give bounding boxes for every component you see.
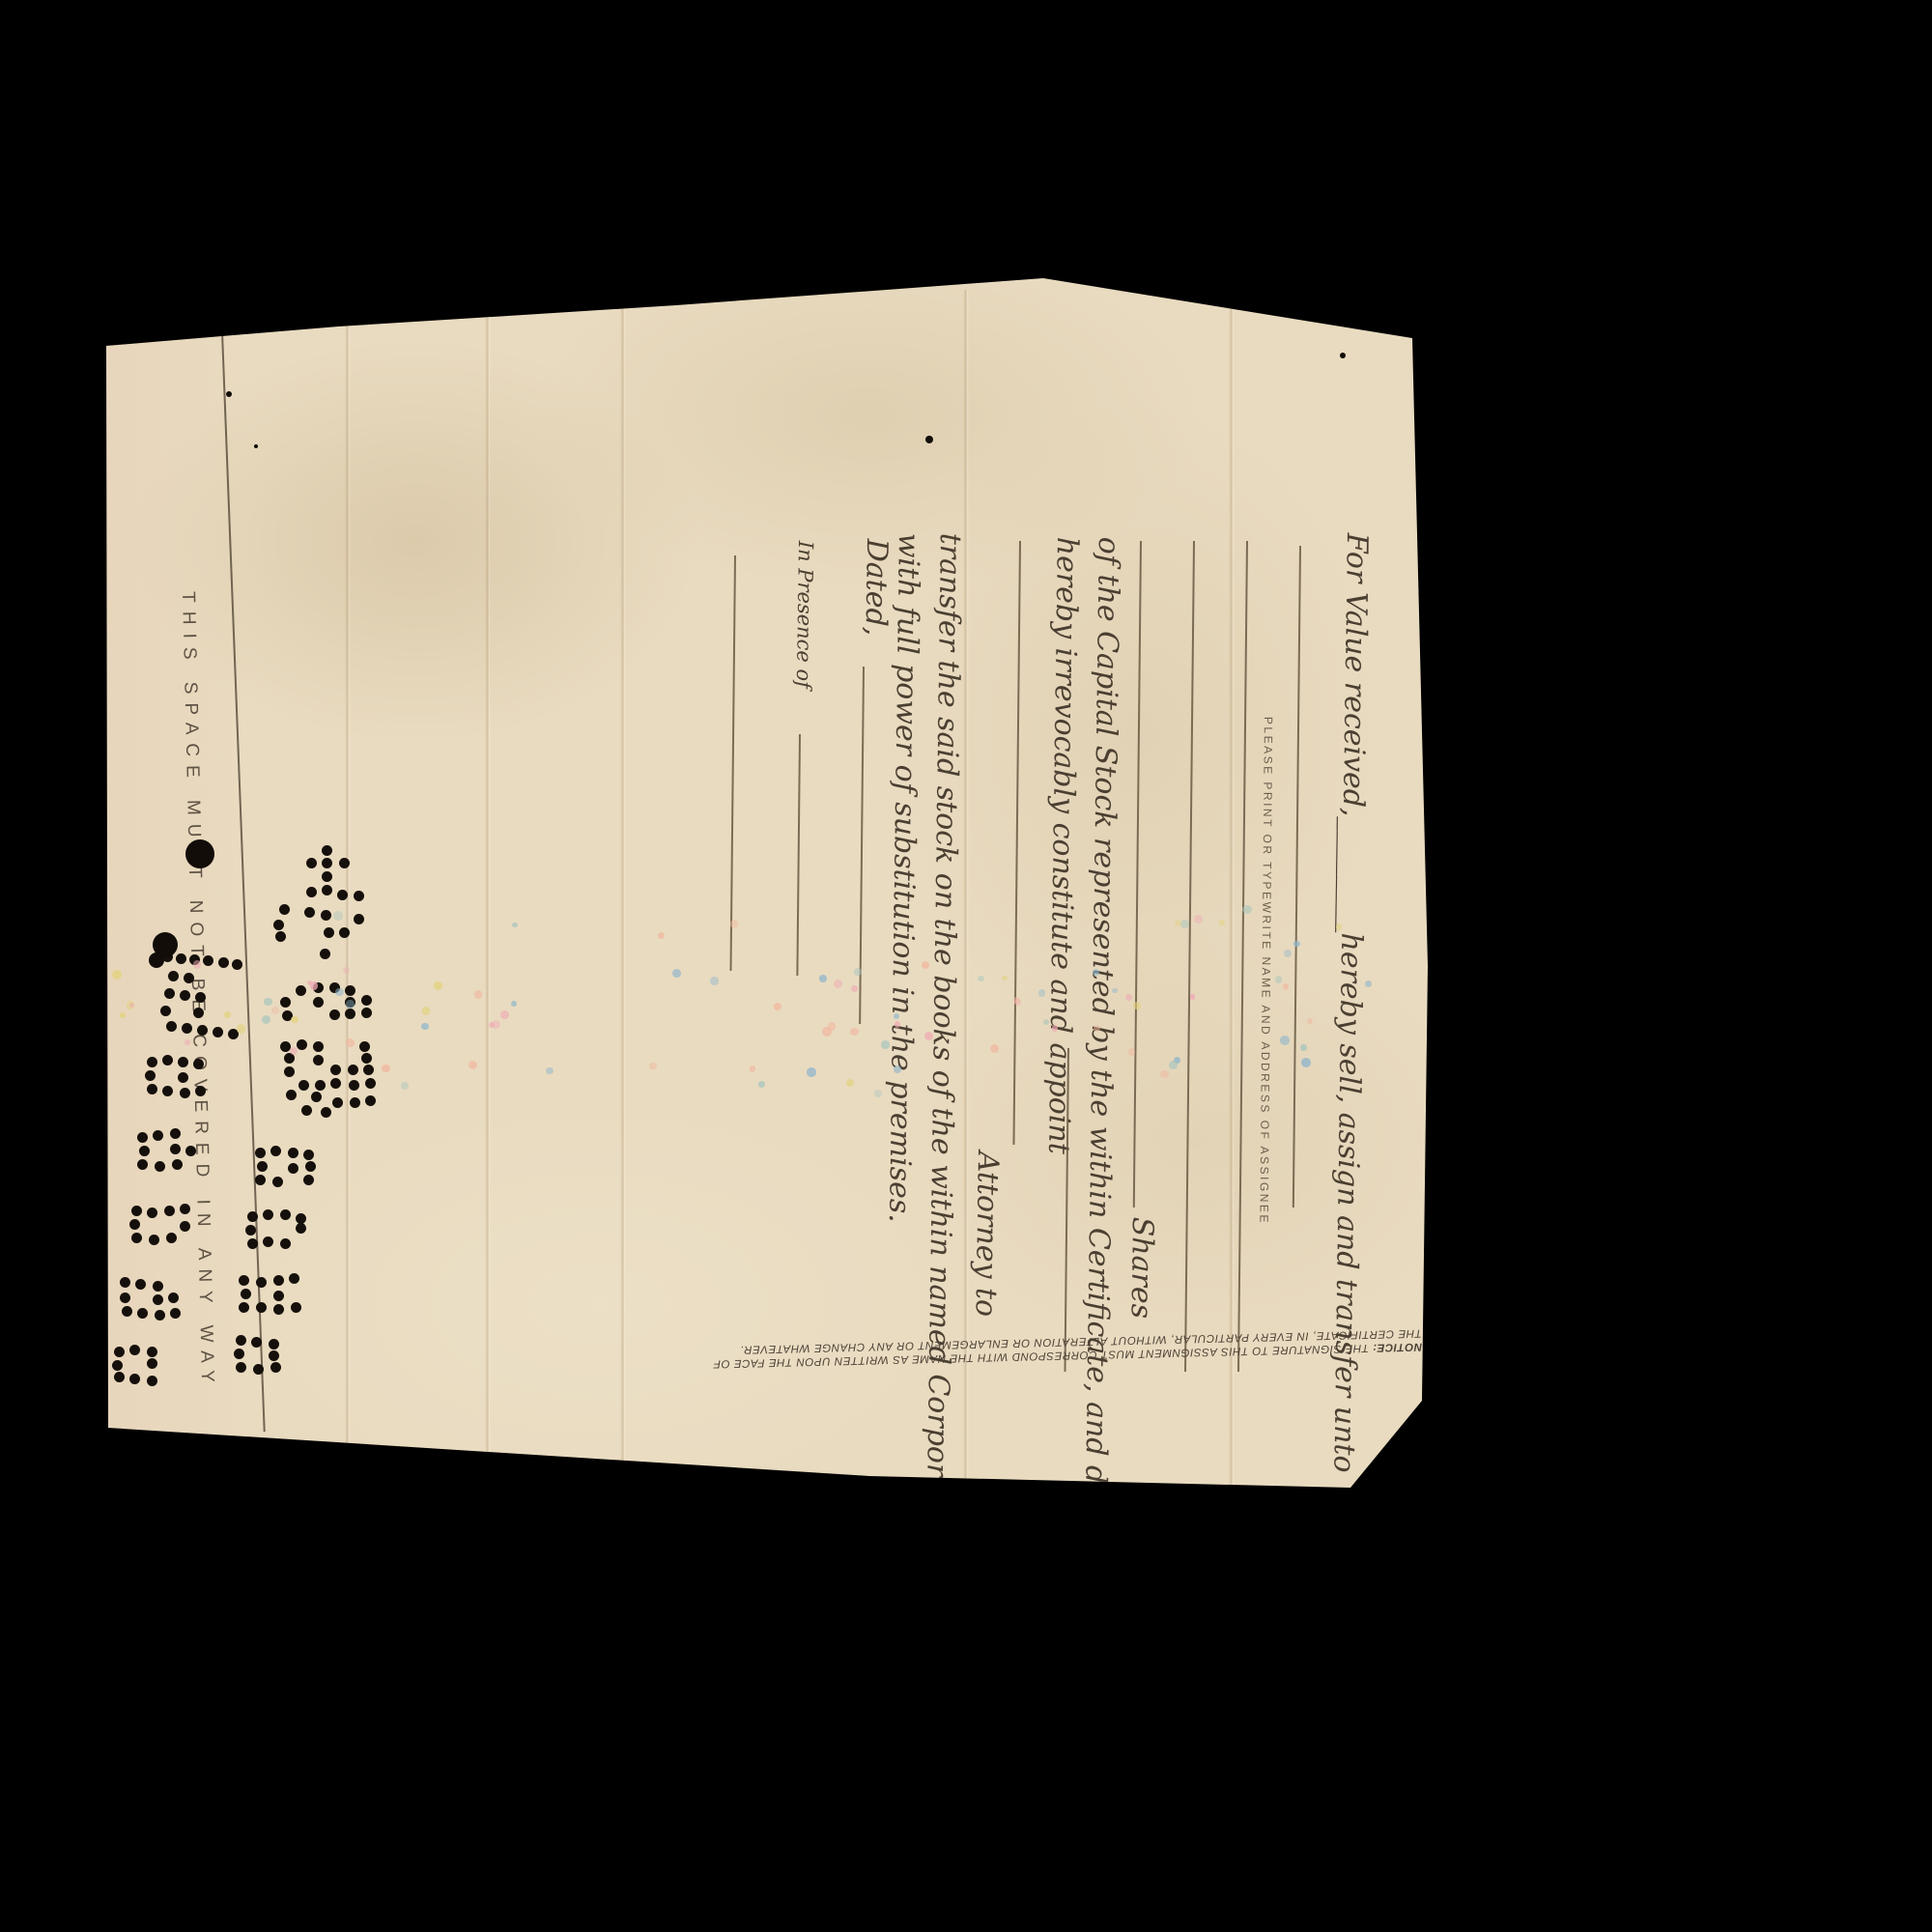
punch-hole	[339, 858, 350, 868]
confetti-dot	[1190, 994, 1195, 999]
form-shares-suffix: Shares	[1124, 1217, 1159, 1320]
punch-hole	[286, 1090, 297, 1100]
punch-hole	[263, 1236, 273, 1247]
confetti-dot	[1180, 920, 1189, 928]
confetti-dot	[894, 1065, 900, 1072]
punch-hole	[168, 1293, 179, 1303]
punch-hole	[172, 1159, 183, 1170]
punch-hole	[176, 953, 186, 964]
punch-hole	[255, 1148, 266, 1158]
confetti-dot	[237, 1024, 245, 1033]
punch-hole	[162, 1086, 173, 1096]
punch-hole	[120, 1277, 130, 1288]
punch-hole	[145, 1070, 156, 1081]
punch-hole	[339, 927, 350, 938]
punch-hole	[166, 1233, 177, 1243]
confetti-dot	[978, 976, 983, 981]
form-presence-label: In Presence of	[792, 541, 817, 689]
punch-hole	[114, 1372, 125, 1382]
confetti-dot	[834, 980, 842, 988]
confetti-dot	[846, 1079, 853, 1086]
confetti-dot	[193, 960, 202, 969]
punch-hole	[180, 990, 190, 1001]
punch-hole	[298, 1080, 309, 1091]
punch-hole	[149, 1235, 159, 1245]
ink-blot	[185, 839, 214, 868]
punch-hole	[232, 959, 242, 970]
punch-hole	[280, 1238, 291, 1249]
punch-hole	[321, 910, 331, 921]
punch-hole	[288, 1148, 298, 1158]
punch-hole	[279, 904, 290, 915]
punch-hole	[193, 1008, 204, 1018]
punch-hole	[275, 931, 286, 942]
confetti-dot	[1307, 1018, 1313, 1024]
punch-hole	[301, 1105, 312, 1116]
punch-hole	[122, 1306, 132, 1317]
punch-hole	[129, 1219, 140, 1230]
notice-keyword: NOTICE:	[1372, 1341, 1422, 1353]
punch-hole	[147, 1358, 157, 1369]
punch-hole	[160, 1006, 171, 1016]
confetti-dot	[850, 1028, 859, 1037]
confetti-dot	[1280, 1036, 1290, 1045]
punch-hole	[349, 1080, 359, 1091]
punch-hole	[139, 1146, 150, 1156]
punch-hole	[178, 1057, 188, 1067]
punch-hole	[131, 1206, 142, 1216]
punch-hole	[291, 1302, 301, 1313]
confetti-dot	[382, 1065, 390, 1073]
punch-hole	[129, 1374, 140, 1384]
punch-hole	[114, 1347, 125, 1357]
punch-hole	[270, 1362, 281, 1373]
punch-hole	[180, 1204, 190, 1214]
punch-hole	[182, 1023, 192, 1034]
confetti-dot	[1242, 905, 1252, 915]
punch-hole	[322, 845, 332, 856]
punch-hole	[170, 1128, 181, 1139]
punch-hole	[213, 1027, 223, 1037]
punch-hole	[315, 1080, 326, 1091]
punch-hole	[180, 1221, 190, 1232]
punch-hole	[263, 1209, 273, 1220]
punch-hole	[363, 1065, 374, 1075]
punch-hole	[304, 907, 315, 918]
ink-blot	[925, 436, 933, 443]
confetti-dot	[185, 1039, 189, 1044]
punch-hole	[313, 1055, 324, 1065]
punch-hole	[313, 1041, 324, 1052]
punch-hole	[289, 1273, 299, 1284]
punch-hole	[354, 914, 364, 924]
confetti-dot	[291, 1016, 298, 1024]
punch-hole	[147, 1207, 157, 1218]
punch-hole	[170, 1144, 181, 1154]
confetti-dot	[807, 1067, 816, 1077]
punch-hole	[234, 1349, 244, 1359]
punch-hole	[322, 871, 332, 882]
punch-hole	[184, 973, 194, 983]
confetti-dot	[422, 1007, 430, 1014]
confetti-dot	[1293, 941, 1299, 947]
punch-hole	[241, 1289, 251, 1299]
form-attorney-suffix: Attorney to	[969, 1151, 1005, 1318]
confetti-dot	[894, 1013, 899, 1019]
punch-hole	[361, 995, 372, 1006]
punch-hole	[185, 1146, 196, 1156]
punch-hole	[147, 1057, 157, 1067]
punch-hole	[329, 1009, 340, 1020]
punch-hole	[320, 949, 330, 959]
confetti-dot	[895, 1021, 900, 1027]
punch-hole	[193, 1059, 204, 1069]
punch-hole	[164, 1206, 175, 1216]
punch-hole	[345, 1009, 355, 1019]
punch-hole	[324, 927, 334, 938]
punch-hole	[313, 997, 324, 1008]
punch-hole	[155, 1161, 165, 1172]
punch-hole	[178, 1072, 188, 1083]
punch-hole	[137, 1159, 148, 1170]
punch-hole	[269, 1350, 279, 1361]
punch-hole	[137, 1132, 148, 1143]
confetti-dot	[1169, 1061, 1178, 1069]
punch-hole	[365, 1095, 376, 1106]
punch-hole	[296, 1223, 306, 1234]
punch-hole	[255, 1175, 266, 1185]
confetti-dot	[828, 1022, 836, 1030]
confetti-dot	[819, 975, 827, 982]
confetti-dot	[730, 920, 739, 928]
punch-hole	[247, 1238, 258, 1249]
confetti-dot	[710, 977, 719, 985]
fold-crease	[1229, 290, 1235, 1488]
confetti-dot	[421, 1023, 428, 1030]
confetti-dot	[1219, 920, 1225, 925]
confetti-dot	[990, 1044, 999, 1053]
punch-hole	[354, 891, 364, 901]
punch-hole	[218, 957, 229, 968]
punch-hole	[257, 1161, 268, 1172]
fold-crease	[620, 290, 626, 1488]
confetti-dot	[343, 967, 350, 974]
confetti-dot	[335, 988, 344, 997]
punch-hole	[251, 1337, 262, 1348]
punch-hole	[203, 955, 213, 966]
scanned-certificate-photo: THIS SPACE MUST NOT BE COVERED IN ANY WA…	[0, 0, 1932, 1932]
confetti-dot	[224, 1011, 231, 1018]
punch-hole	[273, 1291, 284, 1301]
fold-crease	[485, 290, 491, 1488]
punch-hole	[330, 1078, 341, 1089]
punch-hole	[273, 1304, 284, 1315]
punch-hole	[332, 1097, 343, 1108]
confetti-dot	[512, 923, 517, 927]
punch-hole	[166, 1021, 177, 1032]
punch-hole	[195, 1086, 206, 1096]
punch-hole	[147, 1084, 157, 1094]
punch-hole	[180, 1088, 190, 1098]
confetti-dot	[924, 1032, 933, 1040]
punch-hole	[280, 1209, 291, 1220]
confetti-dot	[874, 1090, 882, 1097]
punch-hole	[280, 997, 291, 1008]
punch-hole	[273, 1275, 284, 1286]
confetti-dot	[1300, 1044, 1307, 1051]
ink-blot	[226, 391, 232, 397]
punch-hole	[305, 1161, 316, 1172]
punch-hole	[288, 1163, 298, 1174]
punch-hole	[303, 1175, 314, 1185]
confetti-dot	[649, 1063, 657, 1070]
punch-hole	[322, 885, 332, 895]
confetti-dot	[264, 998, 271, 1006]
punch-hole	[153, 1281, 163, 1292]
punch-hole	[361, 1008, 372, 1018]
punch-hole	[120, 1293, 130, 1303]
punch-hole	[162, 1055, 173, 1065]
certificate-back-paper: THIS SPACE MUST NOT BE COVERED IN ANY WA…	[0, 0, 1932, 1932]
punch-hole	[153, 1294, 163, 1305]
confetti-dot	[290, 1047, 298, 1055]
punch-hole	[129, 1345, 140, 1355]
punch-hole	[164, 988, 175, 999]
confetti-dot	[1194, 915, 1203, 923]
punch-hole	[131, 1233, 142, 1243]
confetti-dot	[1013, 997, 1020, 1004]
punch-hole	[256, 1302, 267, 1313]
punch-hole	[284, 1066, 295, 1077]
punch-hole	[197, 1025, 208, 1036]
punch-hole	[337, 890, 348, 900]
punch-hole	[253, 1364, 264, 1375]
punch-hole	[195, 992, 206, 1003]
form-dated-label: Dated,	[859, 539, 894, 637]
ink-blot	[254, 444, 258, 448]
punch-hole	[311, 1092, 322, 1102]
punch-hole	[137, 1308, 148, 1319]
confetti-dot	[1038, 989, 1046, 997]
confetti-dot	[922, 961, 929, 969]
punch-hole	[365, 1078, 376, 1089]
confetti-dot	[1133, 1002, 1141, 1009]
punch-hole	[236, 1362, 246, 1373]
punch-hole	[135, 1279, 146, 1290]
confetti-dot	[1160, 1070, 1168, 1078]
punch-hole	[330, 1065, 341, 1075]
punch-hole	[306, 858, 317, 868]
punch-hole	[361, 1053, 372, 1064]
punch-hole	[112, 1360, 123, 1371]
confetti-dot	[1336, 923, 1342, 929]
confetti-dot	[1002, 976, 1007, 980]
confetti-dot	[1128, 1048, 1136, 1056]
punch-hole	[247, 1211, 258, 1222]
punch-hole	[155, 1310, 165, 1321]
confetti-dot	[333, 911, 342, 920]
confetti-dot	[307, 980, 312, 985]
confetti-dot	[1365, 980, 1372, 987]
confetti-dot	[881, 1040, 890, 1049]
punch-hole	[239, 1275, 249, 1286]
confetti-dot	[401, 1082, 409, 1090]
punch-hole	[147, 1347, 157, 1357]
confetti-dot	[112, 970, 122, 980]
ink-blot	[1340, 353, 1346, 358]
punch-hole	[269, 1339, 279, 1350]
confetti-dot	[469, 1061, 477, 1069]
punch-hole	[245, 1225, 256, 1236]
fold-crease	[345, 290, 351, 1488]
confetti-dot	[546, 1067, 553, 1074]
punch-hole	[147, 1376, 157, 1386]
confetti-dot	[346, 1000, 354, 1008]
punch-hole	[236, 1335, 246, 1346]
punch-hole	[239, 1302, 249, 1313]
ink-blot	[149, 952, 164, 968]
punch-hole	[345, 985, 355, 996]
punch-hole	[350, 1097, 360, 1108]
punch-hole	[256, 1277, 267, 1288]
punch-hole	[168, 971, 179, 981]
punch-hole	[272, 1177, 283, 1187]
confetti-dot	[1052, 1025, 1058, 1031]
punch-hole	[296, 985, 306, 996]
punch-hole	[322, 858, 332, 868]
punch-hole	[348, 1065, 358, 1075]
punch-hole	[153, 1130, 163, 1141]
punch-hole	[297, 1039, 307, 1050]
confetti-dot	[1301, 1058, 1311, 1067]
punch-hole	[273, 920, 284, 930]
confetti-dot	[500, 1010, 509, 1019]
confetti-dot	[511, 1001, 517, 1007]
punch-hole	[359, 1041, 370, 1052]
punch-hole	[170, 1308, 181, 1319]
punch-hole	[306, 887, 317, 897]
confetti-dot	[774, 1003, 781, 1010]
confetti-dot	[1283, 983, 1289, 989]
punch-hole	[303, 1150, 314, 1160]
punch-hole	[270, 1146, 281, 1156]
punch-hole	[321, 1107, 331, 1118]
